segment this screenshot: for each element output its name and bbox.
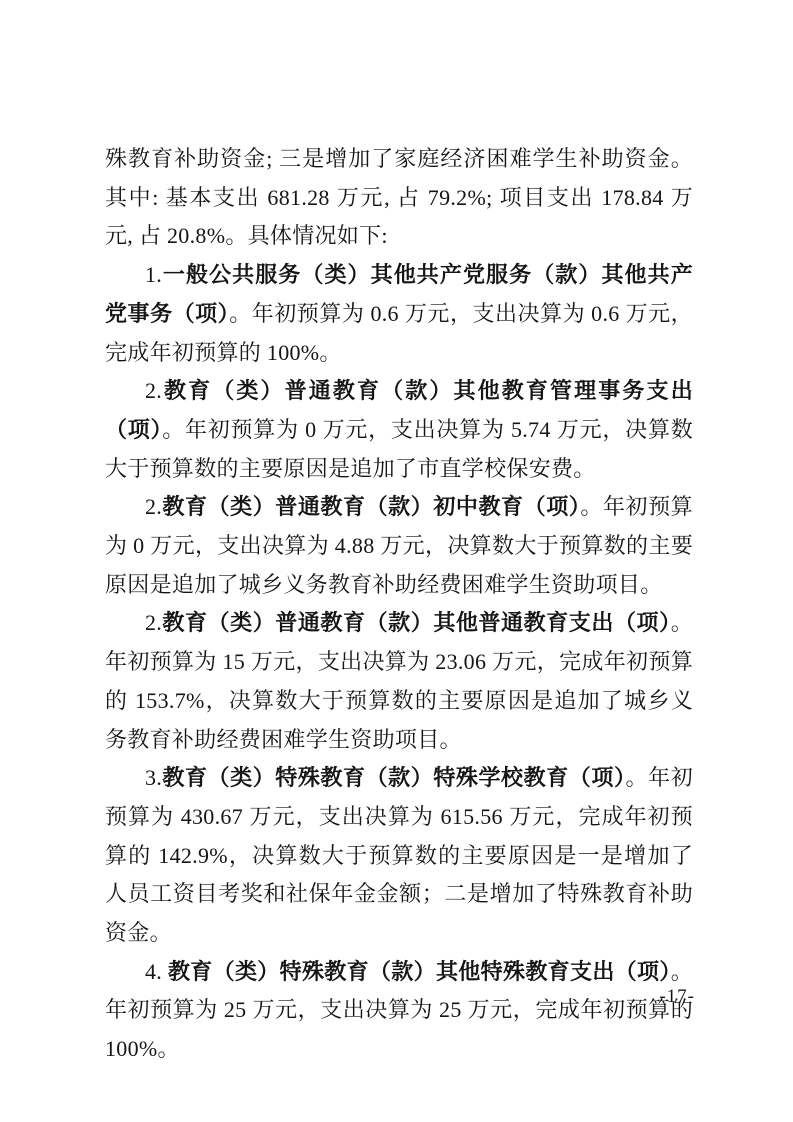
paragraph-item-5: 3.教育（类）特殊教育（款）特殊学校教育（项）。年初预算为 430.67 万元，… (105, 759, 693, 953)
document-page: 殊教育补助资金; 三是增加了家庭经济困难学生补助资金。其中: 基本支出 681.… (0, 0, 793, 1122)
paragraph-number: 2. (145, 610, 162, 635)
paragraph-item-6: 4. 教育（类）特殊教育（款）其他特殊教育支出（项）。年初预算为 25 万元，支… (105, 953, 693, 1069)
paragraph-number: 3. (145, 765, 162, 790)
paragraph-intro: 殊教育补助资金; 三是增加了家庭经济困难学生补助资金。其中: 基本支出 681.… (105, 140, 693, 256)
paragraph-heading: 教育（类）普通教育（款）初中教育（项） (162, 494, 580, 519)
paragraph-number: 2. (145, 378, 162, 403)
paragraph-body: 殊教育补助资金; 三是增加了家庭经济困难学生补助资金。其中: 基本支出 681.… (105, 146, 693, 248)
paragraph-item-1: 1.一般公共服务（类）其他共产党服务（款）其他共产党事务（项）。年初预算为 0.… (105, 256, 693, 372)
page-number: -17- (659, 986, 695, 1008)
paragraph-item-2: 2.教育（类）普通教育（款）其他教育管理事务支出（项）。年初预算为 0 万元，支… (105, 372, 693, 488)
paragraph-number: 2. (145, 494, 162, 519)
text-block: 殊教育补助资金; 三是增加了家庭经济困难学生补助资金。其中: 基本支出 681.… (105, 140, 693, 1069)
paragraph-number: 4. (145, 959, 168, 984)
paragraph-heading: 教育（类）特殊教育（款）特殊学校教育（项） (162, 765, 625, 790)
paragraph-number: 1. (145, 262, 162, 287)
paragraph-heading: 教育（类）普通教育（款）其他普通教育支出（项） (162, 610, 671, 635)
paragraph-body: 。年初预算为 0 万元，支出决算为 5.74 万元，决算数大于预算数的主要原因是… (105, 417, 693, 481)
paragraph-heading: 教育（类）特殊教育（款）其他特殊教育支出（项） (168, 959, 671, 984)
paragraph-body: 。年初预算为 430.67 万元，支出决算为 615.56 万元，完成年初预算的… (105, 765, 693, 945)
paragraph-item-3: 2.教育（类）普通教育（款）初中教育（项）。年初预算为 0 万元，支出决算为 4… (105, 488, 693, 604)
paragraph-item-4: 2.教育（类）普通教育（款）其他普通教育支出（项）。年初预算为 15 万元，支出… (105, 604, 693, 759)
